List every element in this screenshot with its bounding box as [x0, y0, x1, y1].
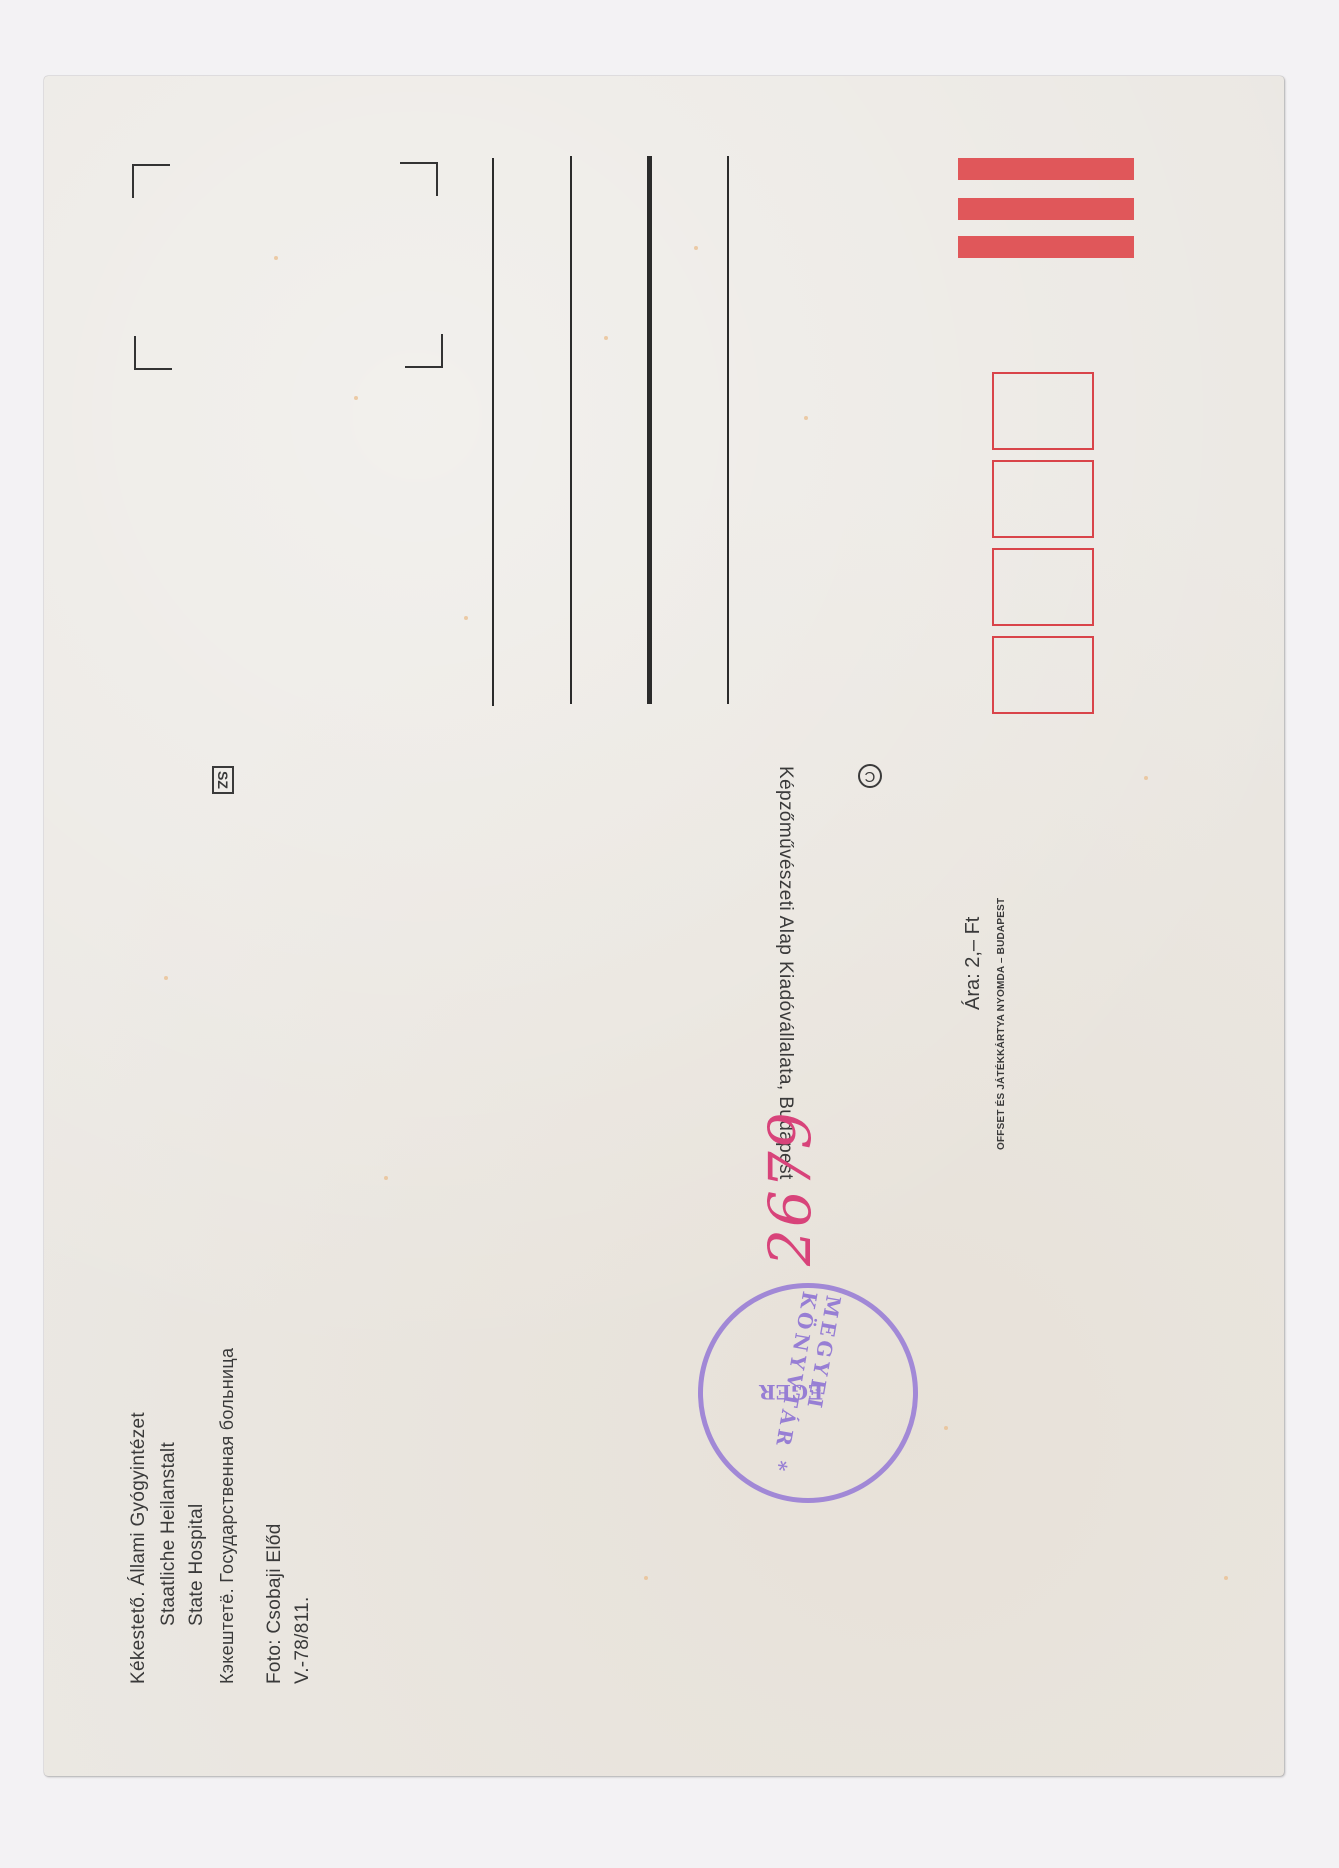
caption-line-1: Kékestető. Állami Gyógyintézet	[126, 1412, 152, 1684]
paper-speck	[804, 416, 808, 420]
paper-speck	[354, 396, 358, 400]
frame-corner-top-right	[400, 162, 438, 196]
paper-speck	[164, 976, 168, 980]
copyright-icon: C	[858, 764, 882, 788]
postcard-back: Kékestető. Állami Gyógyintézet Staatlich…	[44, 76, 1284, 1776]
price-label: Ára: 2,– Ft	[962, 917, 985, 1010]
publisher-mark: SZ	[212, 766, 234, 794]
catalog-code: V.-78/811.	[290, 1596, 316, 1684]
address-line-bold	[647, 156, 652, 704]
frame-corner-top-left	[132, 164, 170, 198]
paper-speck	[694, 246, 698, 250]
library-stamp: EGER MEGYEI KÖNYVTÁR *	[698, 1283, 918, 1503]
caption-line-4: Кэкештетё. Государственная больница	[214, 1348, 240, 1684]
postal-code-box	[992, 372, 1094, 450]
printer-credit: OFFSET ÉS JÁTÉKKÁRTYA NYOMDA – BUDAPEST	[996, 898, 1007, 1150]
paper-speck	[1224, 1576, 1228, 1580]
postal-code-box	[992, 636, 1094, 714]
address-line	[492, 158, 494, 706]
postal-code-box	[992, 548, 1094, 626]
stamp-area-stripe	[958, 198, 1134, 220]
address-line	[727, 156, 729, 704]
address-line	[570, 156, 572, 704]
paper-speck	[384, 1176, 388, 1180]
paper-speck	[464, 616, 468, 620]
postal-code-box	[992, 460, 1094, 538]
handwritten-inventory-number: 2679	[756, 1110, 824, 1266]
paper-speck	[1144, 776, 1148, 780]
caption-line-2: Staatliche Heilanstalt	[156, 1442, 182, 1626]
paper-speck	[944, 1426, 948, 1430]
paper-speck	[274, 256, 278, 260]
paper-speck	[644, 1576, 648, 1580]
caption-line-3: State Hospital	[184, 1504, 210, 1627]
paper-speck	[604, 336, 608, 340]
stamp-area-stripe	[958, 158, 1134, 180]
frame-corner-bottom-right	[405, 334, 443, 368]
photo-credit: Foto: Csobaji Előd	[262, 1523, 288, 1684]
frame-corner-bottom-left	[134, 336, 172, 370]
stamp-area-stripe	[958, 236, 1134, 258]
